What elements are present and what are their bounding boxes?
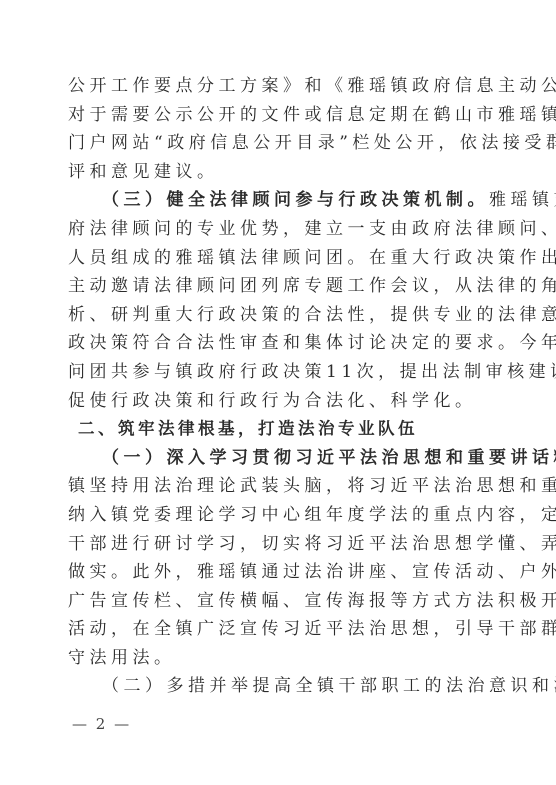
paragraph-2-1-first-line: （一）深入学习贯彻习近平法治思想和重要讲话精神。雅瑶 [68,444,484,473]
text-line: 守法用法。 [68,644,484,673]
text-line: 做实。此外，雅瑶镇通过法治讲座、宣传活动、户外LED屏、 [68,558,484,587]
text-line: 广告宣传栏、宣传横幅、宣传海报等方式方法积极开展法律六进 [68,587,484,616]
page-number: — 2 — [72,715,131,733]
text-line: 公开工作要点分工方案》和《雅瑶镇政府信息主动公开基本目录》， [68,72,484,101]
text-line: 析、研判重大行政决策的合法性，提供专业的法律意见，确保行 [68,301,484,330]
text-span: 雅瑶镇充分发挥政 [489,190,556,210]
text-line: 问团共参与镇政府行政决策11次，提出法制审核建议共22条， [68,358,484,387]
text-line: 对于需要公示公开的文件或信息定期在鹤山市雅瑶镇人民政府 [68,101,484,130]
paragraph-3-first-line: （三）健全法律顾问参与行政决策机制。雅瑶镇充分发挥政 [68,186,484,215]
document-page: 公开工作要点分工方案》和《雅瑶镇政府信息主动公开基本目录》， 对于需要公示公开的… [68,72,484,701]
paragraph-3-title: （三）健全法律顾问参与行政决策机制。 [102,190,489,210]
text-line: 镇坚持用法治理论武装头脑，将习近平法治思想和重要讲话精神 [68,472,484,501]
text-line: 人员组成的雅瑶镇法律顾问团。在重大行政决策作出前，雅瑶镇 [68,244,484,273]
section-2-heading: 二、筑牢法律根基，打造法治专业队伍 [68,415,484,444]
text-line: 主动邀请法律顾问团列席专题工作会议，从法律的角度讨论、分 [68,272,484,301]
text-line: 干部进行研讨学习，切实将习近平法治思想学懂、弄通、悟透、 [68,530,484,559]
text-line: 促使行政决策和行政行为合法化、科学化。 [68,387,484,416]
text-line: 评和意见建议。 [68,158,484,187]
text-line: 活动，在全镇广泛宣传习近平法治思想，引导干部群众尊法学法 [68,615,484,644]
text-line: 纳入镇党委理论学习中心组年度学法的重点内容，定期组织领导 [68,501,484,530]
text-line: 府法律顾问的专业优势，建立一支由政府法律顾问、司法所工作 [68,215,484,244]
paragraph-2-1-title: （一）深入学习贯彻习近平法治思想和重要讲话精神。 [102,448,556,468]
text-line: 门户网站“政府信息公开目录”栏处公开，依法接受群众的监督批 [68,129,484,158]
text-line: 政决策符合合法性审查和集体讨论决定的要求。今年来，法律顾 [68,329,484,358]
paragraph-2-2-title: （二）多措并举提高全镇干部职工的法治意识和法律水平。 [68,672,484,701]
